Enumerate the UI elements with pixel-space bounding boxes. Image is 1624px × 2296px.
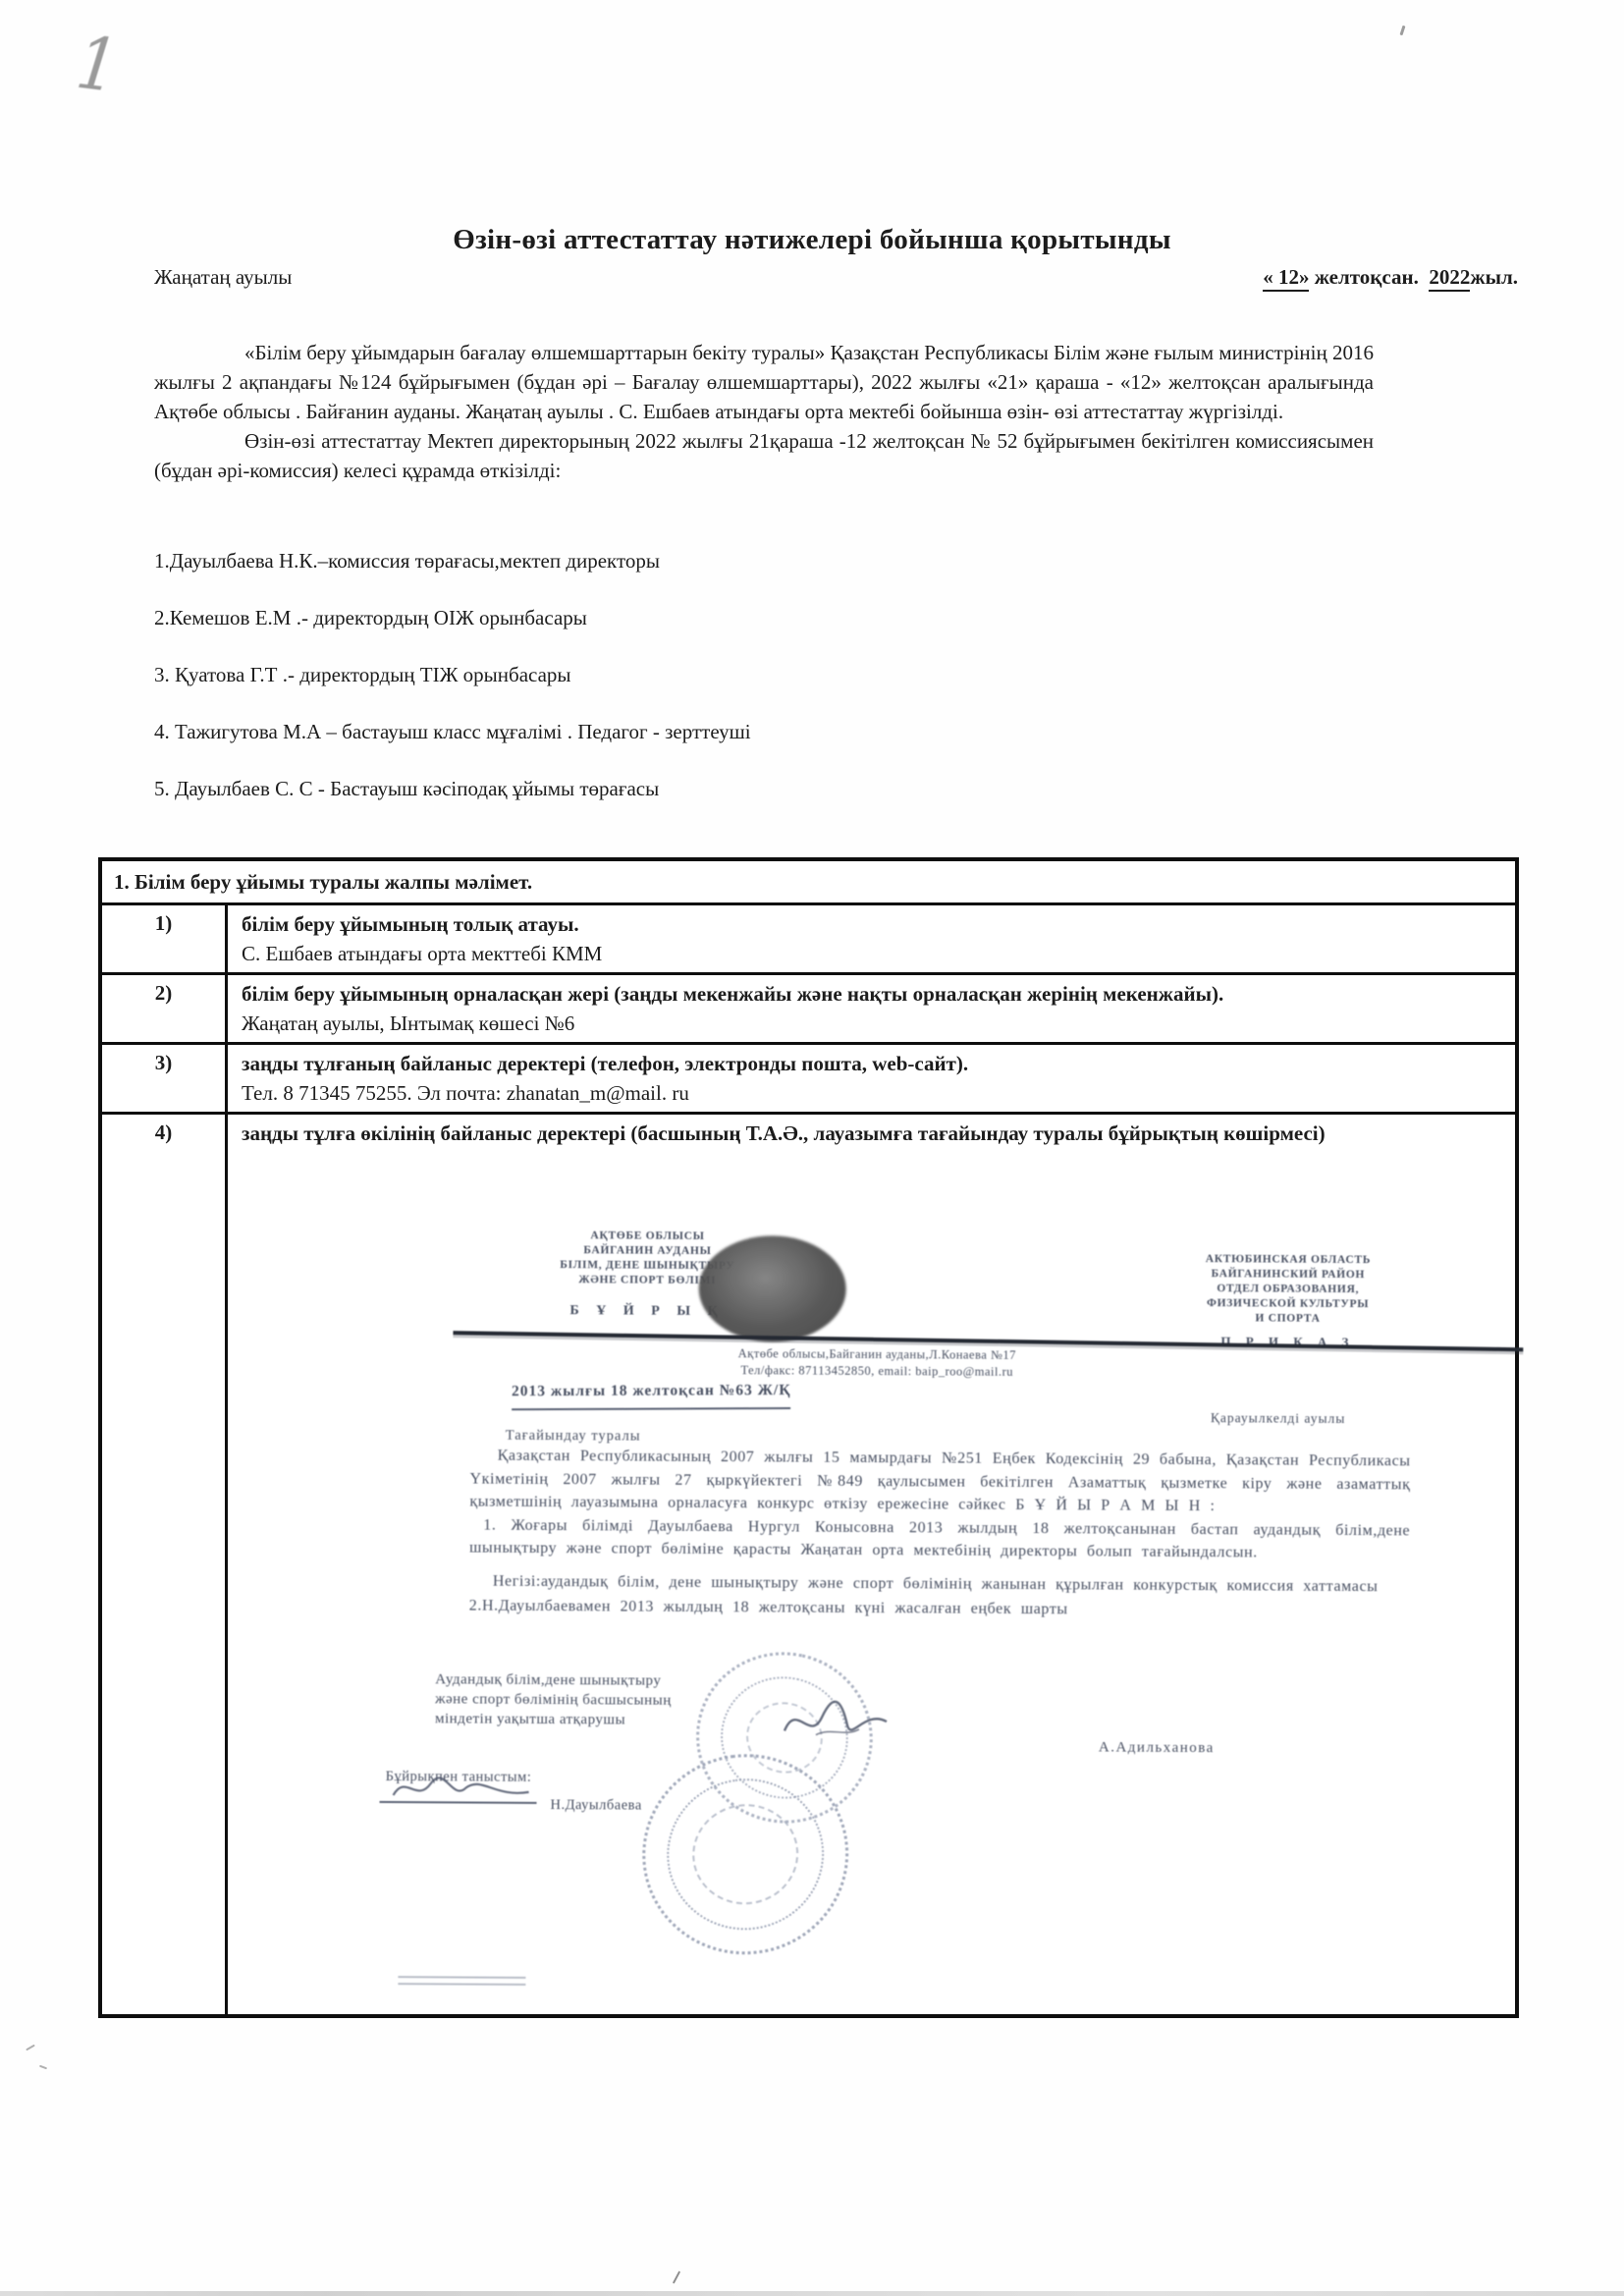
page-title: Өзін-өзі аттестаттау нәтижелері бойынша … xyxy=(0,224,1624,256)
row-number: 2) xyxy=(102,975,228,1042)
commission-member-4: 4. Тажигутова М.А – бастауыш класс мұғал… xyxy=(154,717,1234,746)
village-label: Жаңатаң ауылы xyxy=(154,265,292,290)
row-number: 4) xyxy=(102,1115,228,2014)
byline: Жаңатаң ауылы « 12» желтоқсан. 2022жыл. xyxy=(154,265,1518,290)
row-label: заңды тұлғаның байланыс деректері (телеф… xyxy=(242,1049,1501,1078)
handwritten-page-number: 1 xyxy=(65,23,130,109)
table-row: 4) заңды тұлға өкілінің байланыс деректе… xyxy=(102,1115,1515,2014)
row-label: білім беру ұйымының толық атауы. xyxy=(242,909,1501,939)
row-content: заңды тұлғаның байланыс деректері (телеф… xyxy=(228,1045,1515,1112)
table-row: 3) заңды тұлғаның байланыс деректері (те… xyxy=(102,1045,1515,1115)
pen-speck xyxy=(673,2270,680,2283)
table-row: 2) білім беру ұйымының орналасқан жері (… xyxy=(102,975,1515,1045)
commission-member-1: 1.Дауылбаева Н.К.–комиссия төрағасы,мект… xyxy=(154,546,1234,575)
order-body-paragraph: 1. Жоғары білімді Дауылбаева Нургул Коны… xyxy=(469,1513,1410,1565)
pen-speck xyxy=(1400,26,1406,35)
commission-list: 1.Дауылбаева Н.К.–комиссия төрағасы,мект… xyxy=(154,546,1234,831)
date-day: « 12» xyxy=(1263,265,1309,292)
order-body-paragraph: 2.Н.Дауылбаевамен 2013 жылдың 18 желтоқс… xyxy=(469,1594,1410,1622)
order-number: 2013 жылғы 18 желтоқсан №63 Ж/Қ xyxy=(512,1376,791,1410)
faint-marks xyxy=(398,1976,525,1991)
pen-speck xyxy=(39,2065,47,2070)
commission-member-3: 3. Қуатова Г.Т .- директордың ТІЖ орынба… xyxy=(154,660,1234,689)
pen-speck xyxy=(26,2045,35,2051)
date-suffix: жыл. xyxy=(1470,265,1518,289)
state-emblem-icon xyxy=(698,1235,846,1342)
row-label: білім беру ұйымының орналасқан жері (заң… xyxy=(242,979,1501,1009)
order-body-paragraph: Қазақстан Республикасының 2007 жылғы 15 … xyxy=(469,1445,1410,1519)
intro-paragraph-2: Өзін-өзі аттестаттау Мектеп директорының… xyxy=(154,426,1374,485)
scanner-edge-shadow xyxy=(0,2291,1624,2296)
intro-paragraphs: «Білім беру ұйымдарын бағалау өлшемшартт… xyxy=(154,338,1374,485)
row-number: 1) xyxy=(102,905,228,972)
acknowledgement-name: Н.Дауылбаева xyxy=(550,1790,641,1821)
order-village: Қарауылкелді ауылы xyxy=(1211,1403,1346,1434)
table-row: 1) білім беру ұйымының толық атауы. С. Е… xyxy=(102,905,1515,975)
row-value: Жаңатаң ауылы, Ынтымақ көшесі №6 xyxy=(242,1009,1501,1038)
letterhead-line: И СПОРТА xyxy=(1150,1311,1425,1328)
letterhead-line: ФИЗИЧЕСКОЙ КУЛЬТУРЫ xyxy=(1151,1296,1426,1313)
letterhead-line: АҚТӨБЕ ОБЛЫСЫ xyxy=(532,1229,763,1244)
commission-member-2: 2.Кемешов Е.М .- директордың ОІЖ орынбас… xyxy=(154,603,1234,632)
row-value: С. Ешбаев атындағы орта мекттебі КММ xyxy=(242,939,1501,968)
row-value: Тел. 8 71345 75255. Эл почта: zhanatan_m… xyxy=(242,1078,1501,1108)
letterhead-line: БАЙГАНИНСКИЙ РАЙОН xyxy=(1151,1267,1426,1284)
signature-scribble xyxy=(777,1691,894,1751)
order-body-paragraph: Негізі:аудандық білім, дене шынықтыру жә… xyxy=(469,1569,1410,1598)
date-line: « 12» желтоқсан. 2022жыл. xyxy=(1263,265,1518,290)
table-section-header: 1. Білім беру ұйымы туралы жалпы мәлімет… xyxy=(102,861,1515,905)
row-content: білім беру ұйымының толық атауы. С. Ешба… xyxy=(228,905,1515,972)
letterhead-line: АКТЮБИНСКАЯ ОБЛАСТЬ xyxy=(1151,1252,1426,1269)
date-year: 2022 xyxy=(1429,265,1470,292)
row-number: 3) xyxy=(102,1045,228,1112)
letterhead-russian: АКТЮБИНСКАЯ ОБЛАСТЬ БАЙГАНИНСКИЙ РАЙОН О… xyxy=(1150,1252,1426,1350)
intro-paragraph-1: «Білім беру ұйымдарын бағалау өлшемшартт… xyxy=(154,338,1374,426)
order-body: Қазақстан Республикасының 2007 жылғы 15 … xyxy=(469,1445,1411,1623)
letterhead-line: ОТДЕЛ ОБРАЗОВАНИЯ, xyxy=(1151,1282,1426,1298)
embedded-order-scan: АҚТӨБЕ ОБЛЫСЫ БАЙГАНИН АУДАНЫ БІЛІМ, ДЕН… xyxy=(225,1111,1518,2018)
scanned-report-page: 1 Өзін-өзі аттестаттау нәтижелері бойынш… xyxy=(0,0,1624,2296)
row-content: заңды тұлға өкілінің байланыс деректері … xyxy=(228,1115,1515,2014)
row-content: білім беру ұйымының орналасқан жері (заң… xyxy=(228,975,1515,1042)
commission-member-5: 5. Дауылбаев С. С - Бастауыш кәсіподақ ұ… xyxy=(154,774,1234,803)
signer-name: А.Адильханова xyxy=(1099,1732,1215,1763)
general-info-table: 1. Білім беру ұйымы туралы жалпы мәлімет… xyxy=(98,857,1519,2018)
date-month: желтоқсан. xyxy=(1309,265,1424,289)
